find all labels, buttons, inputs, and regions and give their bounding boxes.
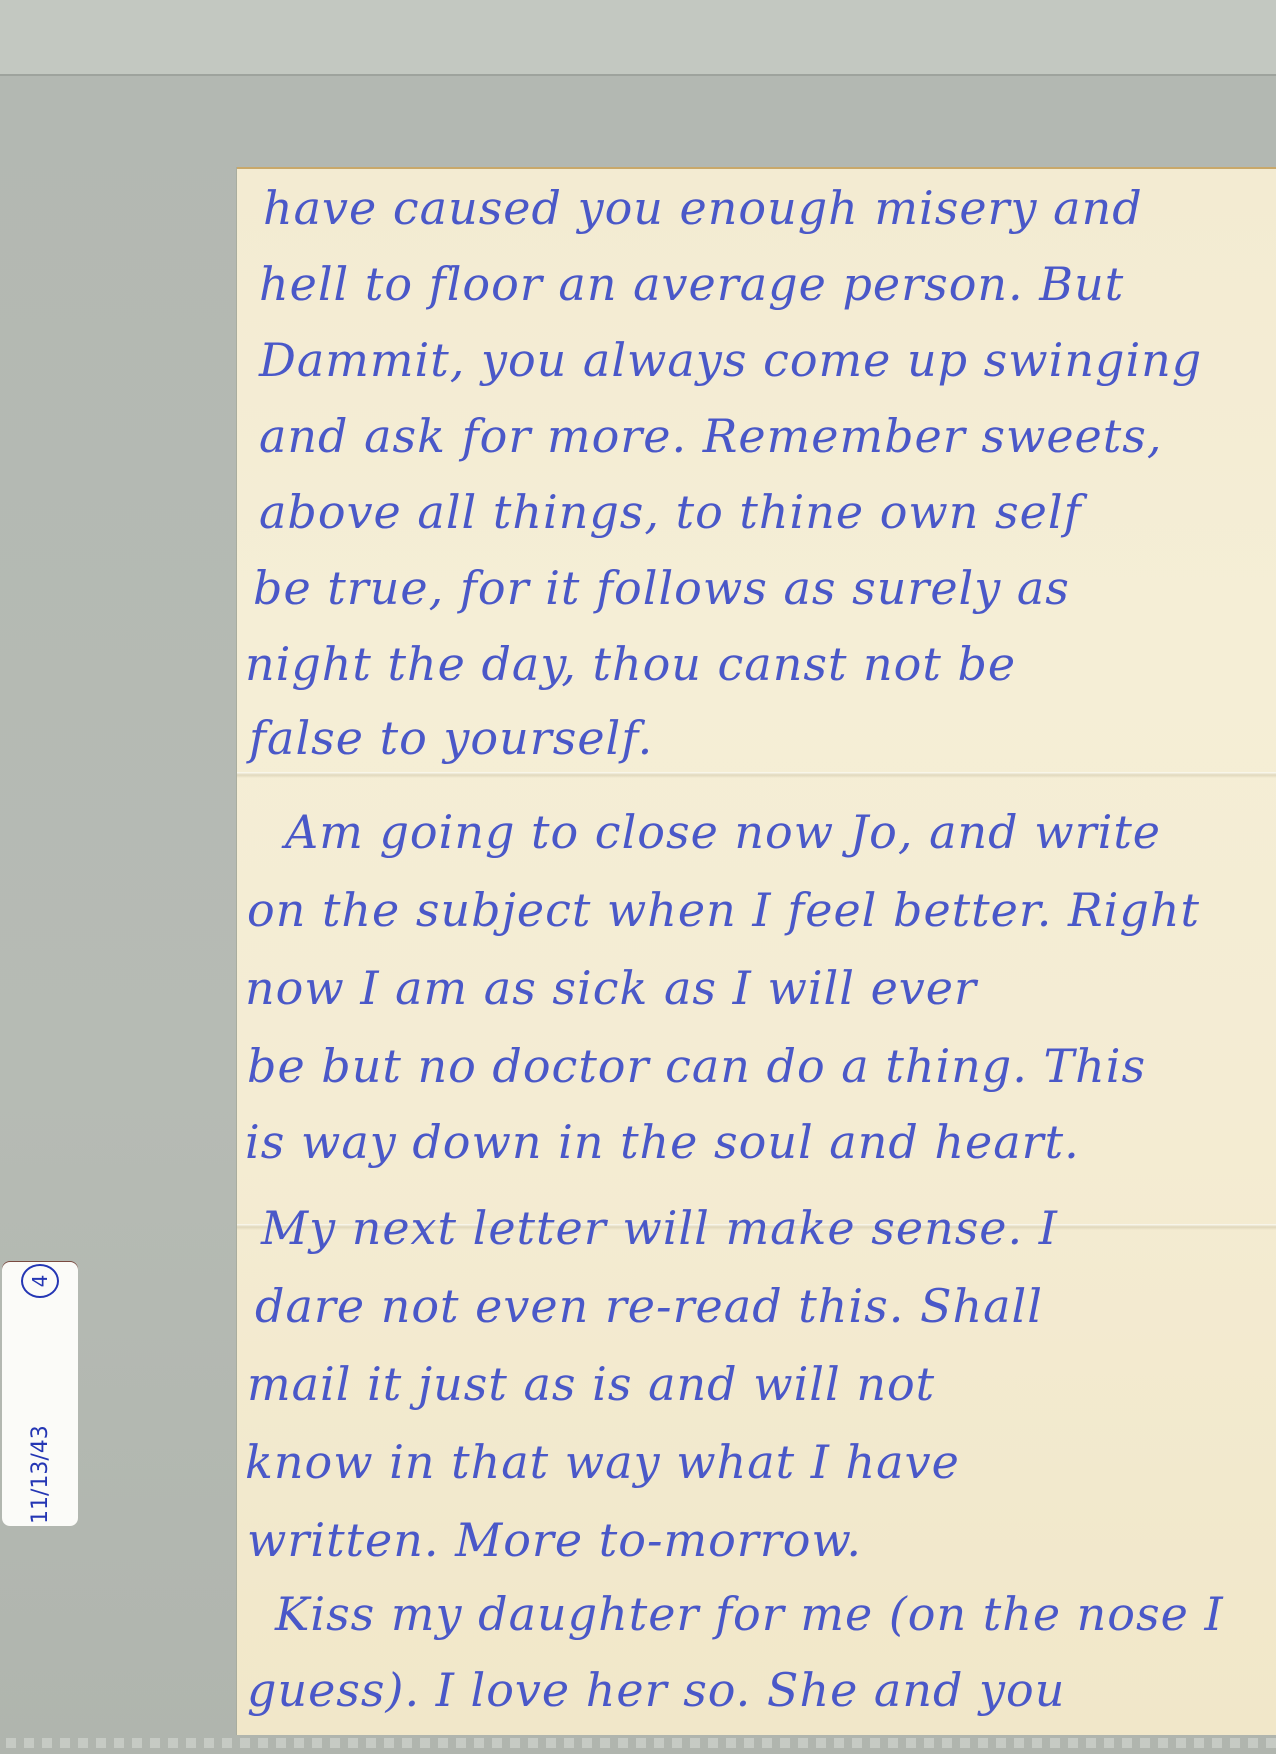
archive-label-text: 11/13/43 4 bbox=[21, 1264, 59, 1524]
letter-line: be true, for it follows as surely as bbox=[253, 561, 1070, 615]
letter-line: and ask for more. Remember sweets, bbox=[259, 409, 1163, 463]
fold-crease bbox=[237, 772, 1276, 778]
letter-line: guess). I love her so. She and you bbox=[247, 1663, 1065, 1717]
letter-line: written. More to-morrow. bbox=[247, 1513, 862, 1567]
letter-line: Kiss my daughter for me (on the nose I bbox=[275, 1587, 1224, 1641]
letter-line: be but no doctor can do a thing. This bbox=[247, 1039, 1146, 1093]
letter-line: on the subject when I feel better. Right bbox=[247, 883, 1200, 937]
letter-line: know in that way what I have bbox=[245, 1435, 960, 1489]
letter-line: hell to floor an average person. But bbox=[259, 257, 1124, 311]
letter-line: mail it just as is and will not bbox=[247, 1357, 935, 1411]
archive-date: 11/13/43 bbox=[28, 1425, 53, 1524]
letter-line: above all things, to thine own self bbox=[259, 485, 1082, 539]
archive-label-tab: 11/13/43 4 bbox=[2, 1262, 78, 1526]
letter-line: false to yourself. bbox=[249, 711, 653, 765]
letter-page: have caused you enough misery and hell t… bbox=[237, 167, 1276, 1735]
sleeve-perforation bbox=[0, 1738, 1276, 1748]
letter-line: night the day, thou canst not be bbox=[245, 637, 1016, 691]
scanner-top-band bbox=[0, 0, 1276, 76]
letter-line: now I am as sick as I will ever bbox=[245, 961, 977, 1015]
letter-line: is way down in the soul and heart. bbox=[245, 1115, 1080, 1169]
letter-line: Am going to close now Jo, and write bbox=[285, 805, 1161, 859]
page-number-circle: 4 bbox=[21, 1264, 59, 1298]
letter-line: My next letter will make sense. I bbox=[261, 1201, 1058, 1255]
letter-line: dare not even re-read this. Shall bbox=[255, 1279, 1043, 1333]
letter-line: Dammit, you always come up swinging bbox=[259, 333, 1202, 387]
letter-line: have caused you enough misery and bbox=[263, 181, 1143, 235]
